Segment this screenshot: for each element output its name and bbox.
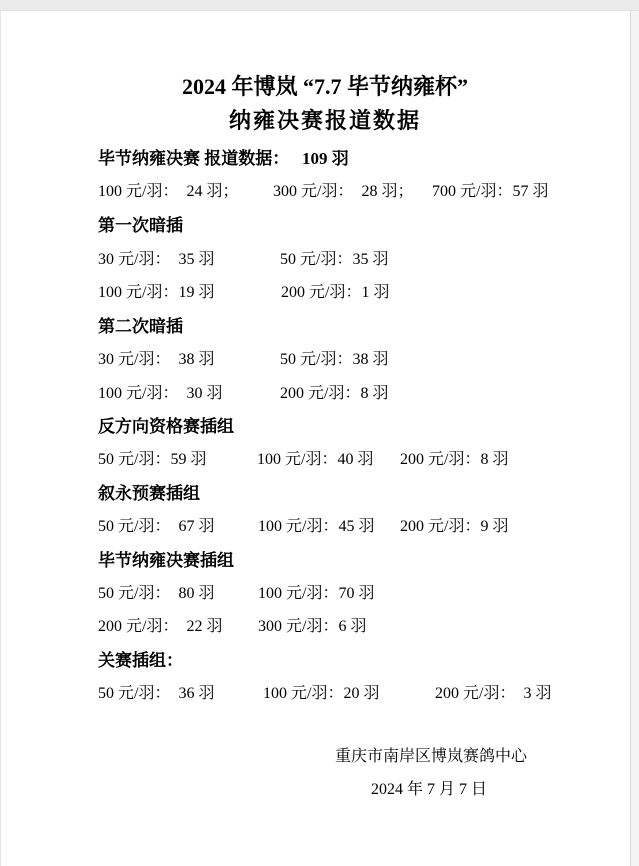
price-line-segment: 50 元/羽： 67 羽	[98, 517, 214, 537]
price-line-segment: 300 元/羽：6 羽	[258, 617, 366, 637]
section-heading-final-group: 毕节纳雍决赛插组	[98, 551, 234, 571]
price-line-segment: 100 元/羽：45 羽	[258, 517, 374, 537]
doc-title-line-1: 2024 年博岚 “7.7 毕节纳雍杯”	[97, 72, 553, 102]
footer-date-line: 2024 年 7 月 7 日	[371, 780, 487, 800]
price-line-segment: 200 元/羽：8 羽	[400, 450, 508, 470]
price-line-segment: 200 元/羽： 3 羽	[435, 684, 551, 704]
section-heading-xuyong-prelim: 叙永预赛插组	[98, 484, 200, 504]
price-line-segment: 200 元/羽：8 羽	[280, 384, 388, 404]
section-heading-reverse-qualifier: 反方向资格赛插组	[98, 417, 234, 437]
report-count-label: 毕节纳雍决赛 报道数据：	[98, 149, 289, 169]
price-line-segment: 200 元/羽：1 羽	[281, 283, 389, 303]
section-heading-guansai-group: 关赛插组：	[98, 651, 183, 671]
section-heading-first-insert: 第一次暗插	[98, 216, 183, 236]
word-document-window: 2024 年博岚 “7.7 毕节纳雍杯” 纳雍决赛报道数据 毕节纳雍决赛 报道数…	[0, 0, 639, 866]
price-line-segment: 100 元/羽： 24 羽；	[98, 182, 238, 202]
price-line-segment: 200 元/羽：9 羽	[400, 517, 508, 537]
price-line-segment: 50 元/羽： 80 羽	[98, 584, 214, 604]
price-line-segment: 300 元/羽： 28 羽；	[273, 182, 413, 202]
price-line-segment: 100 元/羽： 30 羽	[98, 384, 222, 404]
price-line-segment: 700 元/羽：57 羽	[432, 182, 548, 202]
section-heading-second-insert: 第二次暗插	[98, 317, 183, 337]
price-line-segment: 200 元/羽： 22 羽	[98, 617, 222, 637]
price-line-segment: 100 元/羽：20 羽	[263, 684, 379, 704]
window-top-strip	[0, 0, 639, 11]
price-line-segment: 100 元/羽：40 羽	[257, 450, 373, 470]
price-line-segment: 100 元/羽：70 羽	[258, 584, 374, 604]
canvas-right-gutter[interactable]	[630, 10, 639, 866]
price-line-segment: 30 元/羽： 35 羽	[98, 250, 214, 270]
price-line-segment: 100 元/羽：19 羽	[98, 283, 214, 303]
price-line-segment: 50 元/羽：35 羽	[280, 250, 388, 270]
report-count-value: 109 羽	[302, 149, 349, 169]
price-line-segment: 50 元/羽：38 羽	[280, 350, 388, 370]
price-line-segment: 50 元/羽： 36 羽	[98, 684, 214, 704]
doc-title-line-2: 纳雍决赛报道数据	[97, 106, 553, 136]
footer-org-line: 重庆市南岸区博岚赛鸽中心	[335, 747, 527, 767]
price-line-segment: 30 元/羽： 38 羽	[98, 350, 214, 370]
document-page[interactable]: 2024 年博岚 “7.7 毕节纳雍杯” 纳雍决赛报道数据 毕节纳雍决赛 报道数…	[1, 10, 631, 866]
price-line-segment: 50 元/羽：59 羽	[98, 450, 206, 470]
